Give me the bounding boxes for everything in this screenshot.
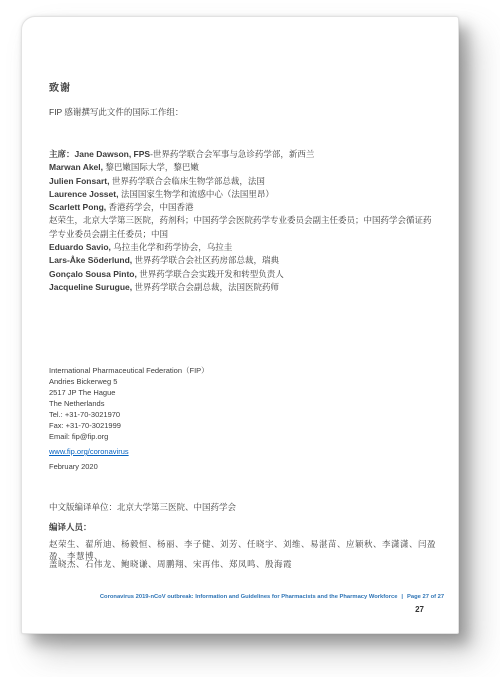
working-group-list: 主席：Jane Dawson, FPS-世界药学联合会军事与急诊药学部，新西兰 …	[49, 148, 435, 294]
page-footer: Coronavirus 2019-nCoV outbreak: Informat…	[92, 594, 452, 600]
page-number: 27	[415, 605, 424, 614]
member-name: Laurence Josset,	[49, 189, 118, 199]
footer-separator: |	[401, 594, 403, 600]
member-name: Marwan Akel,	[49, 162, 103, 172]
address-tel: Tel.: +31-70-3021970	[49, 409, 209, 420]
address-org: International Pharmaceutical Federation（…	[49, 365, 209, 376]
member-role: 香港药学会，中国香港	[106, 202, 193, 212]
coronavirus-link[interactable]: www.fip.org/coronavirus	[49, 447, 129, 456]
translators-names-line2: 盖晓杰、石伟龙、鲍晓谦、周鹏翔、宋再伟、郑凤鸣、殷海霞	[49, 558, 441, 570]
working-group-member: 赵荣生，北京大学第三医院，药剂科；中国药学会医院药学专业委员会副主任委员；中国药…	[49, 214, 435, 241]
member-name: Jacqueline Surugue,	[49, 282, 132, 292]
member-name: Julien Fonsart,	[49, 176, 109, 186]
footer-page-label: Page 27 of 27	[407, 594, 444, 600]
member-name: Eduardo Savio,	[49, 242, 111, 252]
address-postal-city: 2517 JP The Hague	[49, 387, 209, 398]
working-group-member: Scarlett Pong, 香港药学会，中国香港	[49, 201, 435, 214]
address-country: The Netherlands	[49, 398, 209, 409]
working-group-member: Lars-Åke Söderlund, 世界药学联合会社区药房部总裁，瑞典	[49, 254, 435, 267]
publication-date: February 2020	[49, 462, 98, 471]
working-group-member: Julien Fonsart, 世界药学联合会临床生物学部总裁，法国	[49, 175, 435, 188]
member-role: 赵荣生，北京大学第三医院，药剂科；中国药学会医院药学专业委员会副主任委员；中国药…	[49, 215, 432, 238]
member-role: 世界药学联合会社区药房部总裁，瑞典	[132, 255, 279, 265]
address-email: Email: fip@fip.org	[49, 431, 209, 442]
member-name: 主席：Jane Dawson, FPS	[49, 149, 150, 159]
coronavirus-link-line: www.fip.org/coronavirus	[49, 447, 129, 456]
working-group-member: 主席：Jane Dawson, FPS-世界药学联合会军事与急诊药学部，新西兰	[49, 148, 435, 161]
member-role: -世界药学联合会军事与急诊药学部，新西兰	[150, 149, 314, 159]
member-role: 法国国家生物学和流感中心（法国里昂）	[118, 189, 273, 199]
address-fax: Fax: +31-70-3021999	[49, 420, 209, 431]
member-role: 世界药学联合会临床生物学部总裁，法国	[109, 176, 264, 186]
chinese-edition-unit: 中文版编译单位：北京大学第三医院、中国药学会	[49, 501, 236, 513]
member-name: Lars-Åke Söderlund,	[49, 255, 132, 265]
member-name: Scarlett Pong,	[49, 202, 106, 212]
member-role: 乌拉圭化学和药学协会，乌拉圭	[111, 242, 232, 252]
working-group-member: Jacqueline Surugue, 世界药学联合会副总裁，法国医院药师	[49, 281, 435, 294]
member-role: 世界药学联合会实践开发和转型负责人	[137, 269, 284, 279]
working-group-member: Gonçalo Sousa Pinto, 世界药学联合会实践开发和转型负责人	[49, 268, 435, 281]
footer-title: Coronavirus 2019-nCoV outbreak: Informat…	[100, 594, 398, 600]
fip-address-block: International Pharmaceutical Federation（…	[49, 365, 209, 442]
document-page: 致谢 FIP 感谢撰写此文件的国际工作组： 主席：Jane Dawson, FP…	[21, 16, 459, 634]
acknowledgements-heading: 致谢	[49, 79, 71, 94]
address-street: Andries Bickerweg 5	[49, 376, 209, 387]
working-group-member: Eduardo Savio, 乌拉圭化学和药学协会，乌拉圭	[49, 241, 435, 254]
translators-label: 编译人员：	[49, 521, 92, 533]
intro-line: FIP 感谢撰写此文件的国际工作组：	[49, 106, 183, 118]
member-role: 世界药学联合会副总裁，法国医院药师	[132, 282, 279, 292]
member-role: 黎巴嫩国际大学，黎巴嫩	[103, 162, 199, 172]
member-name: Gonçalo Sousa Pinto,	[49, 269, 137, 279]
working-group-member: Marwan Akel, 黎巴嫩国际大学，黎巴嫩	[49, 161, 435, 174]
working-group-member: Laurence Josset, 法国国家生物学和流感中心（法国里昂）	[49, 188, 435, 201]
